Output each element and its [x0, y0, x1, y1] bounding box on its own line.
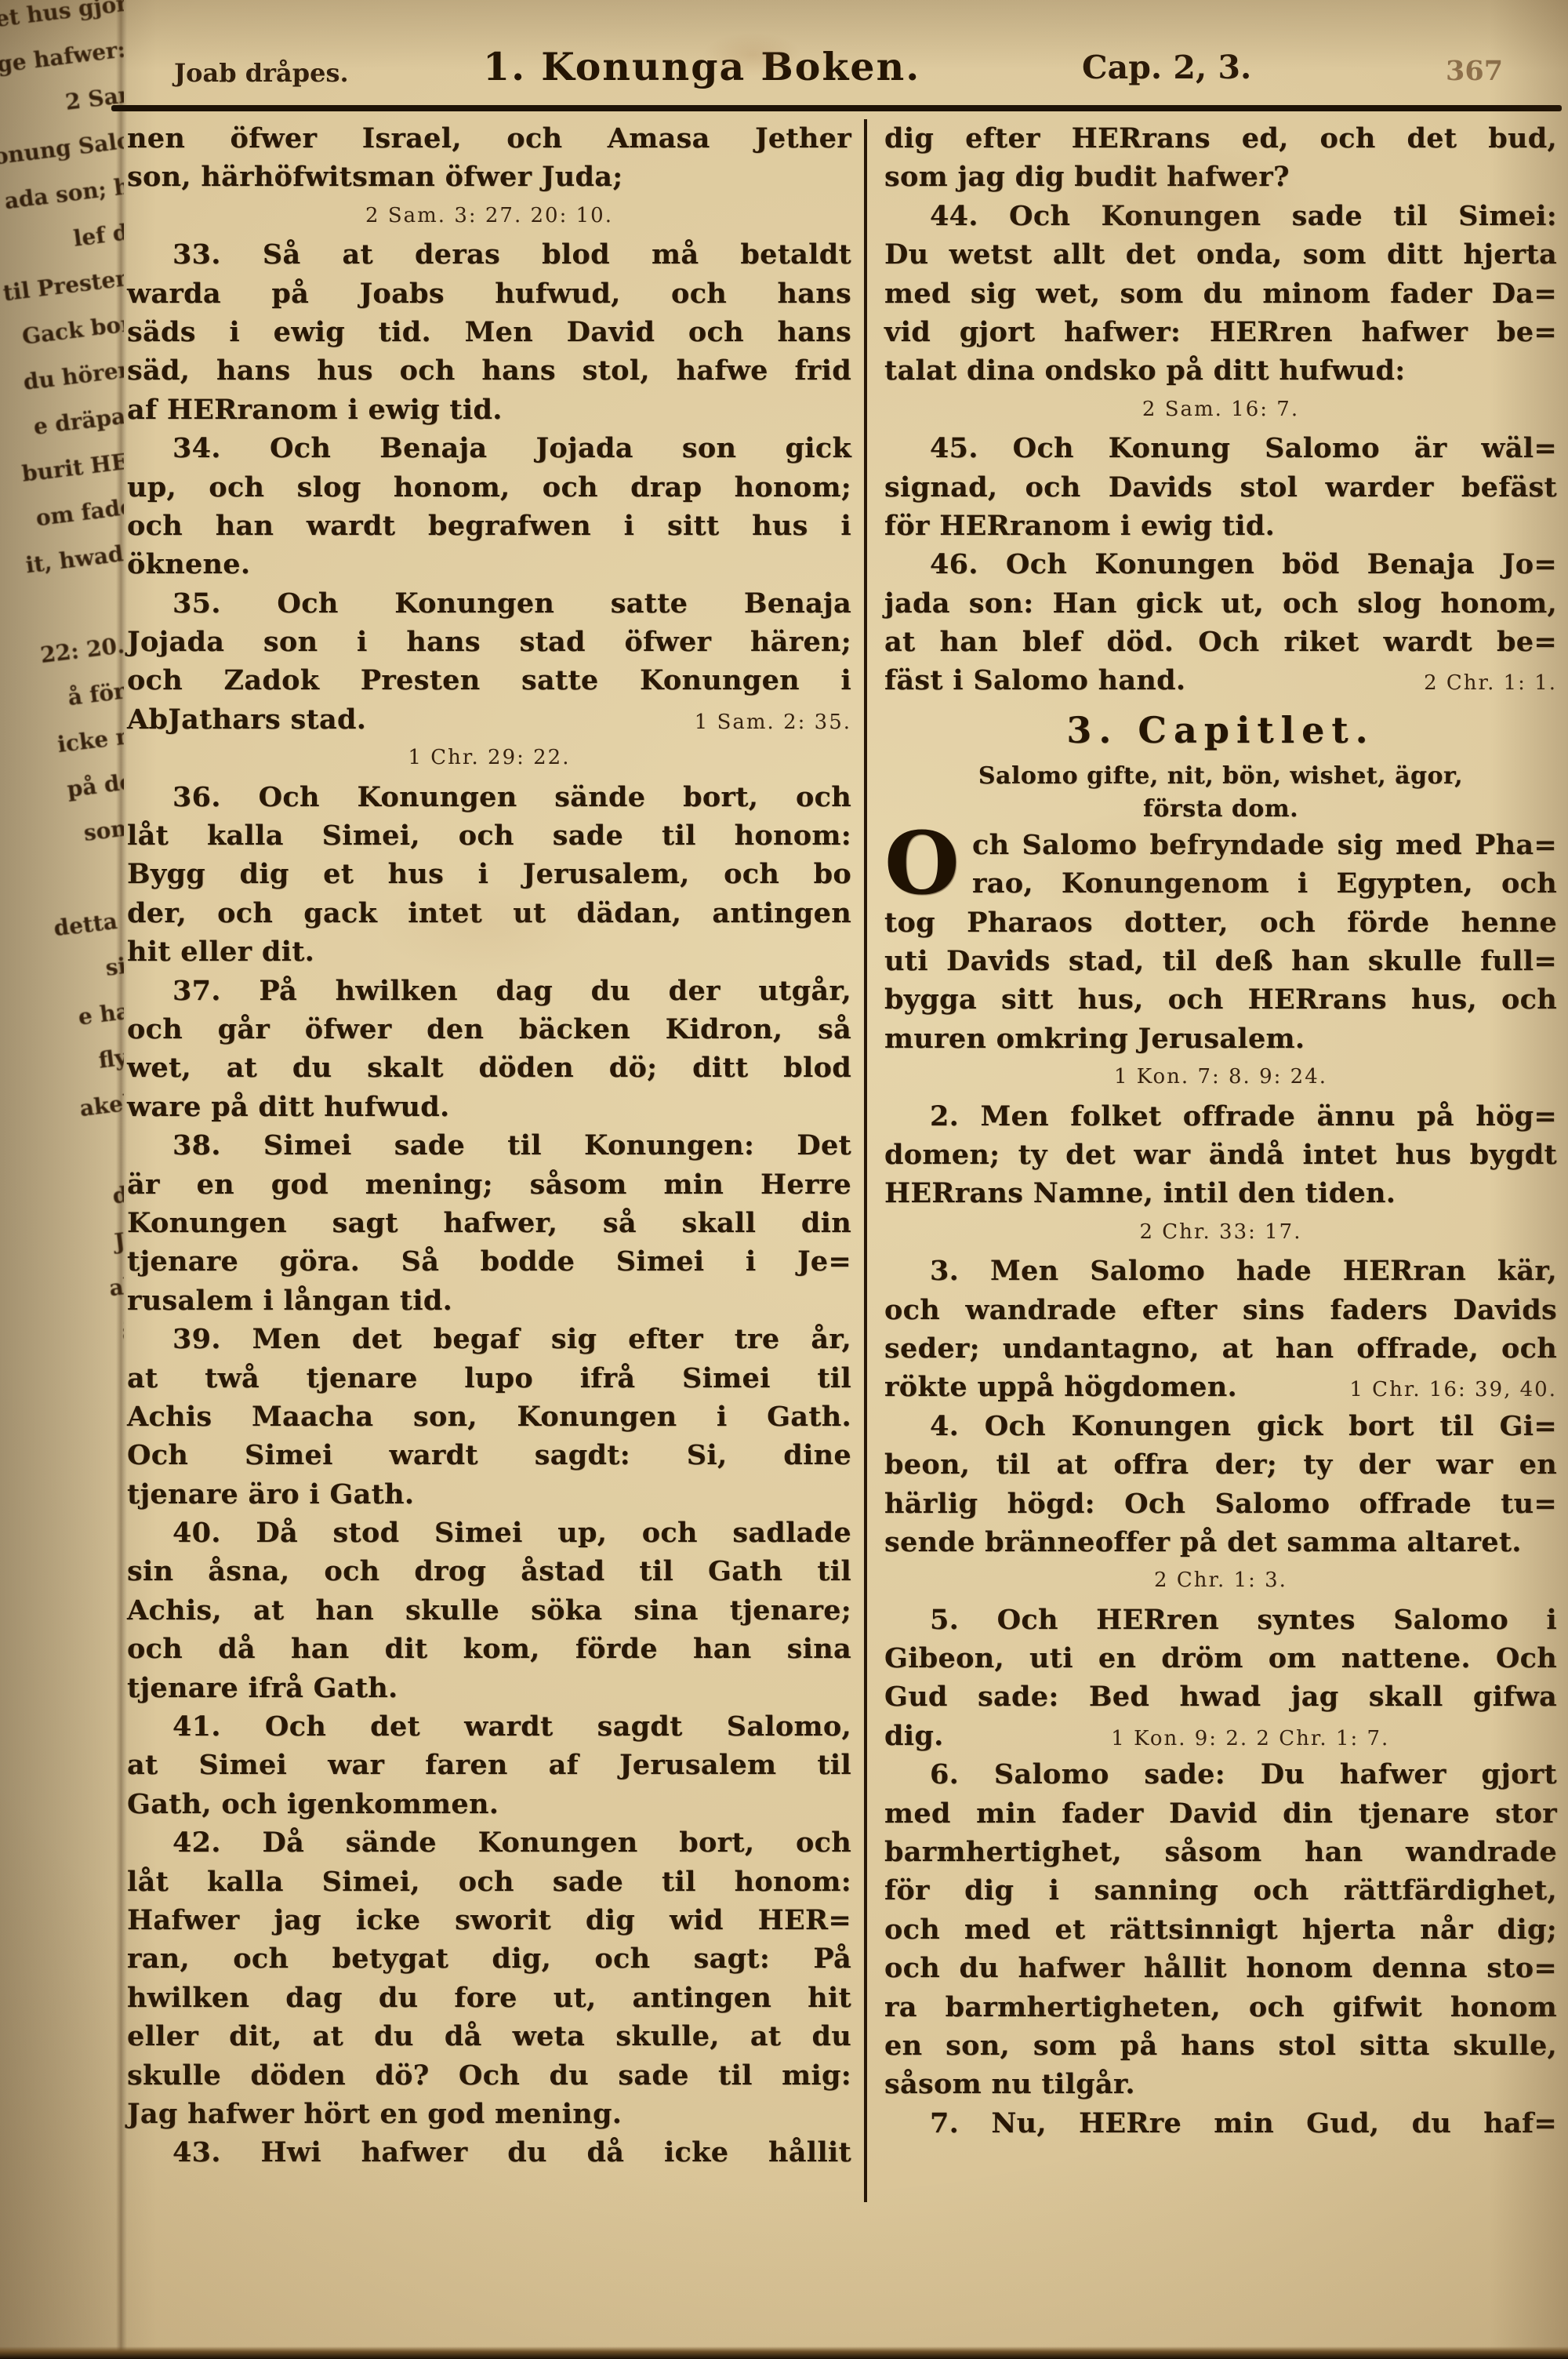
verse-line: rusalem i långan tid.: [127, 1281, 851, 1320]
verse-line: sin åsna, och drog åstad til Gath til: [127, 1552, 851, 1590]
verse-line: af HERranom i ewig tid.: [127, 391, 851, 429]
chapter-summary: Salomo gifte, nit, bön, wishet, ägor,: [884, 760, 1557, 793]
verse-line: up, och slog honom, och drap honom;: [127, 468, 851, 507]
chapter-reference: Cap. 2, 3.: [1082, 49, 1251, 86]
verse-line: der, och gack intet ut dädan, antingen: [127, 894, 851, 932]
verse-line: en son, som på hans stol sitta skulle,: [884, 2026, 1557, 2065]
verse-line-with-reference: rökte uppå högdomen.1 Chr. 16: 39, 40.: [884, 1368, 1557, 1406]
verse-line: öknene.: [127, 545, 851, 583]
verse-line: tjenare ifrå Gath.: [127, 1669, 851, 1707]
verse-line: at Simei war faren af Jerusalem til: [127, 1746, 851, 1784]
verse-line: såsom nu tilgår.: [884, 2065, 1557, 2103]
verse-line: med min fader David din tjenare stor: [884, 1794, 1557, 1833]
verse-line: at han blef död. Och riket wardt be=: [884, 623, 1557, 661]
verse-line: muren omkring Jerusalem.: [884, 1020, 1557, 1058]
cross-reference: 1 Kon. 9: 2. 2 Chr. 1: 7.: [944, 1720, 1557, 1758]
verse-line: 7. Nu, HERre min Gud, du haf=: [884, 2104, 1557, 2143]
verse-line: nen öfwer Israel, och Amasa Jether: [127, 119, 851, 158]
verse-line: och då han dit kom, förde han sina: [127, 1630, 851, 1668]
verse-line: talat dina ondsko på ditt hufwud:: [884, 351, 1557, 390]
verse-line: och med et rättsinnigt hjerta når dig;: [884, 1910, 1557, 1949]
previous-page-gutter: et hus gjortge hafwer: J2 Sam.Konung Sal…: [0, 0, 124, 2359]
verse-line: ch Salomo befryndade sig med Pha=: [972, 826, 1557, 864]
verse-line: låt kalla Simei, och sade til honom:: [127, 1863, 851, 1901]
verse-line: beon, til at offra der; ty der war en: [884, 1445, 1557, 1484]
verse-line: bygga sitt hus, och HERrans hus, och: [884, 980, 1557, 1019]
cross-reference: 2 Chr. 33: 17.: [884, 1213, 1557, 1252]
book-bottom-edge: [0, 2346, 1568, 2359]
verse-line: HERrans Namne, intil den tiden.: [884, 1174, 1557, 1212]
verse-line: 38. Simei sade til Konungen: Det: [127, 1126, 851, 1165]
cross-reference: 2 Chr. 1: 3.: [884, 1561, 1557, 1600]
verse-line: och wandrade efter sins faders Davids: [884, 1291, 1557, 1329]
verse-line: eller dit, at du då weta skulle, at du: [127, 2017, 851, 2055]
verse-line: säd, hans hus och hans stol, hafwe frid: [127, 351, 851, 390]
verse-line: Konungen sagt hafwer, så skall din: [127, 1204, 851, 1242]
verse-line: och han wardt begrafwen i sitt hus i: [127, 507, 851, 545]
verse-line: Gibeon, uti en dröm om nattene. Och: [884, 1639, 1557, 1677]
verse-line: barmhertighet, såsom han wandrade: [884, 1833, 1557, 1871]
verse-line: och Zadok Presten satte Konungen i: [127, 661, 851, 700]
verse-line: tjenare göra. Så bodde Simei i Je=: [127, 1242, 851, 1281]
verse-line: Jojada son i hans stad öfwer hären;: [127, 623, 851, 661]
book-page-photo: et hus gjortge hafwer: J2 Sam.Konung Sal…: [0, 0, 1568, 2359]
verse-line: låt kalla Simei, och sade til honom:: [127, 816, 851, 855]
verse-line: 3. Men Salomo hade HERran kär,: [884, 1252, 1557, 1290]
book-title: 1. Konunga Boken.: [483, 44, 920, 89]
verse-line: wet, at du skalt döden dö; ditt blod: [127, 1049, 851, 1087]
verse-line: 4. Och Konungen gick bort til Gi=: [884, 1407, 1557, 1445]
verse-line: hwilken dag du fore ut, antingen hit: [127, 1979, 851, 2017]
verse-line: Bygg dig et hus i Jerusalem, och bo: [127, 855, 851, 893]
verse-line: Gud sade: Bed hwad jag skall gifwa: [884, 1677, 1557, 1716]
verse-line: är en god mening; såsom min Herre: [127, 1165, 851, 1204]
verse-line: 42. Då sände Konungen bort, och: [127, 1823, 851, 1862]
verse-line: 36. Och Konungen sände bort, och: [127, 778, 851, 816]
verse-line: seder; undantagno, at han offrade, och: [884, 1329, 1557, 1368]
verse-line-with-reference: AbJathars stad.1 Sam. 2: 35.: [127, 700, 851, 739]
drop-cap-lines: ch Salomo befryndade sig med Pha=rao, Ko…: [972, 826, 1557, 903]
column-right: dig efter HERrans ed, och det bud,som ja…: [884, 119, 1557, 2143]
verse-line: Och Simei wardt sagdt: Si, dine: [127, 1436, 851, 1474]
verse-text: AbJathars stad.: [127, 700, 366, 739]
verse-line: med sig wet, som du minom fader Da=: [884, 274, 1557, 313]
verse-line: sende bränneoffer på det samma altaret.: [884, 1523, 1557, 1561]
cross-reference: 1 Sam. 2: 35.: [695, 703, 851, 742]
verse-line: 6. Salomo sade: Du hafwer gjort: [884, 1755, 1557, 1794]
page-crease: [116, 0, 127, 2359]
verse-line: 33. Så at deras blod må betaldt: [127, 235, 851, 274]
cross-reference: 1 Kon. 7: 8. 9: 24.: [884, 1058, 1557, 1096]
verse-line: ran, och betygat dig, och sagt: På: [127, 1939, 851, 1978]
verse-line-with-reference: dig.1 Kon. 9: 2. 2 Chr. 1: 7.: [884, 1717, 1557, 1755]
verse-line: at twå tjenare lupo ifrå Simei til: [127, 1359, 851, 1398]
verse-line-with-reference: fäst i Salomo hand.2 Chr. 1: 1.: [884, 661, 1557, 700]
verse-line: och går öfwer den bäcken Kidron, så: [127, 1010, 851, 1049]
verse-text: dig.: [884, 1717, 944, 1755]
cross-reference: 2 Sam. 3: 27. 20: 10.: [127, 197, 851, 235]
column-divider: [864, 119, 867, 2202]
verse-line: 37. På hwilken dag du der utgår,: [127, 972, 851, 1010]
verse-line: son, härhöfwitsman öfwer Juda;: [127, 158, 851, 196]
verse-line: tjenare äro i Gath.: [127, 1475, 851, 1514]
header-rule: [111, 105, 1562, 111]
verse-line: hit eller dit.: [127, 932, 851, 971]
verse-line: 40. Då stod Simei up, och sadlade: [127, 1514, 851, 1552]
verse-line: Achis, at han skulle söka sina tjenare;: [127, 1591, 851, 1630]
verse-line: för dig i sanning och rättfärdighet,: [884, 1871, 1557, 1910]
verse-text: fäst i Salomo hand.: [884, 661, 1185, 700]
verse-line: 2. Men folket offrade ännu på hög=: [884, 1097, 1557, 1136]
verse-line: och du hafwer hållit honom denna sto=: [884, 1949, 1557, 1987]
verse-line: jada son: Han gick ut, och slog honom,: [884, 584, 1557, 623]
drop-cap-paragraph: Och Salomo befryndade sig med Pha=rao, K…: [884, 826, 1557, 903]
verse-line: rao, Konungenom i Egypten, och: [972, 864, 1557, 903]
verse-line: Du wetst allt det onda, som ditt hjerta: [884, 235, 1557, 274]
verse-line: 44. Och Konungen sade til Simei:: [884, 197, 1557, 235]
verse-line: härlig högd: Och Salomo offrade tu=: [884, 1485, 1557, 1523]
verse-line: ware på ditt hufwud.: [127, 1088, 851, 1126]
verse-line: Achis Maacha son, Konungen i Gath.: [127, 1398, 851, 1436]
page-number: 367: [1446, 55, 1503, 87]
verse-line: Jag hafwer hört en god mening.: [127, 2095, 851, 2133]
verse-line: 35. Och Konungen satte Benaja: [127, 584, 851, 623]
verse-line: skulle döden dö? Och du sade til mig:: [127, 2056, 851, 2095]
verse-line: 45. Och Konung Salomo är wäl=: [884, 429, 1557, 467]
verse-line: warda på Joabs hufwud, och hans: [127, 274, 851, 313]
cross-reference: 1 Chr. 29: 22.: [127, 739, 851, 777]
page-header: Joab dråpes. 1. Konunga Boken. Cap. 2, 3…: [124, 38, 1568, 104]
verse-line: 46. Och Konungen böd Benaja Jo=: [884, 545, 1557, 583]
verse-text: rökte uppå högdomen.: [884, 1368, 1237, 1406]
chapter-heading: 3. Capitlet.: [884, 700, 1557, 760]
verse-line: dig efter HERrans ed, och det bud,: [884, 119, 1557, 158]
verse-line: vid gjort hafwer: HERren hafwer be=: [884, 313, 1557, 351]
drop-cap-initial: O: [884, 826, 972, 903]
verse-line: Gath, och igenkommen.: [127, 1785, 851, 1823]
verse-line: säds i ewig tid. Men David och hans: [127, 313, 851, 351]
verse-line: 34. Och Benaja Jojada son gick: [127, 429, 851, 467]
verse-line: tog Pharaos dotter, och förde henne: [884, 903, 1557, 942]
verse-line: Hafwer jag icke sworit dig wid HER=: [127, 1901, 851, 1939]
verse-line: signad, och Davids stol warder befäst: [884, 468, 1557, 507]
column-left: nen öfwer Israel, och Amasa Jetherson, h…: [127, 119, 851, 2172]
verse-line: ra barmhertigheten, och gifwit honom: [884, 1988, 1557, 2026]
verse-line: 39. Men det begaf sig efter tre år,: [127, 1320, 851, 1358]
verse-line: som jag dig budit hafwer?: [884, 158, 1557, 196]
cross-reference: 1 Chr. 16: 39, 40.: [1349, 1371, 1557, 1409]
chapter-summary: första dom.: [884, 793, 1557, 826]
verse-line: för HERranom i ewig tid.: [884, 507, 1557, 545]
verse-line: 5. Och HERren syntes Salomo i: [884, 1601, 1557, 1639]
cross-reference: 2 Chr. 1: 1.: [1424, 664, 1557, 703]
verse-line: 41. Och det wardt sagdt Salomo,: [127, 1707, 851, 1746]
cross-reference: 2 Sam. 16: 7.: [884, 391, 1557, 429]
running-title: Joab dråpes.: [174, 58, 349, 88]
previous-page-fragments: et hus gjortge hafwer: J2 Sam.Konung Sal…: [0, 0, 124, 2351]
verse-line: uti Davids stad, til deß han skulle full…: [884, 942, 1557, 980]
verse-line: domen; ty det war ändå intet hus bygdt: [884, 1136, 1557, 1174]
verse-line: 43. Hwi hafwer du då icke hållit: [127, 2133, 851, 2172]
